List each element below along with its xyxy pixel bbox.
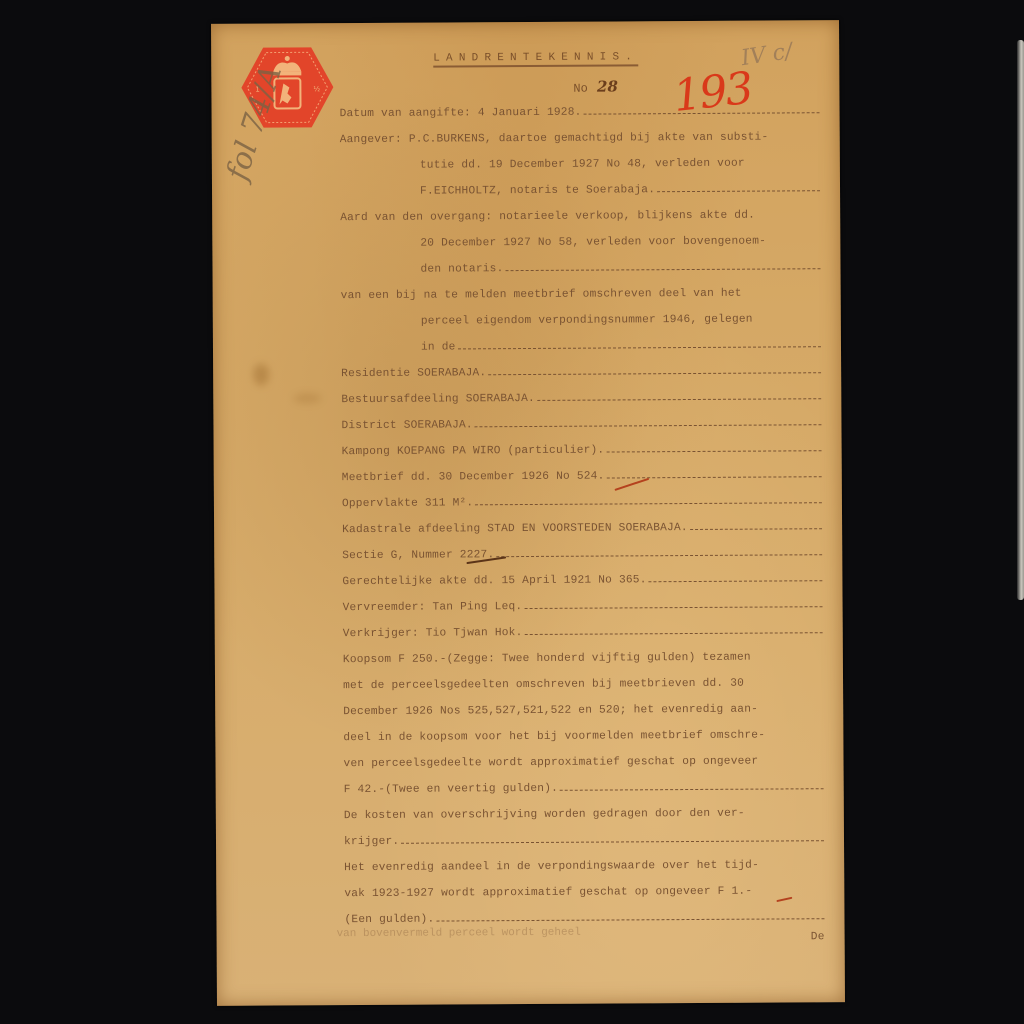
dash-filler <box>560 774 824 802</box>
line-text: District SOERABAJA. <box>341 412 473 439</box>
line-text: Residentie SOERABAJA. <box>341 360 486 387</box>
line-text: Het evenredig aandeel in de verpondingsw… <box>344 853 759 882</box>
line-text: Sectie G, Nummer 2227. <box>342 542 494 569</box>
document-line: van een bij na te melden meetbrief omsch… <box>341 280 821 309</box>
line-text: Aangever: P.C.BURKENS, daartoe gemachtig… <box>340 125 769 154</box>
document-line: Meetbrief dd. 30 December 1926 No 524. <box>342 462 822 491</box>
document-line: den notaris. <box>340 254 820 283</box>
line-text: Oppervlakte 311 M². <box>342 490 474 517</box>
line-text: Koopsom F 250.-(Zegge: Twee honderd vijf… <box>343 645 751 673</box>
document-page: 1 ½ LANDRENTEKENNIS. No 28 193 IV c/ fol… <box>211 20 845 1006</box>
line-text: van een bij na te melden meetbrief omsch… <box>341 281 742 309</box>
document-body: Datum van aangifte: 4 Januari 1928.Aange… <box>339 98 824 933</box>
document-line: Gerechtelijke akte dd. 15 April 1921 No … <box>342 566 822 595</box>
dash-filler <box>488 358 821 386</box>
document-line: Residentie SOERABAJA. <box>341 358 821 387</box>
svg-text:½: ½ <box>313 85 320 93</box>
document-line: Aard van den overgang: notarieele verkoo… <box>340 202 820 231</box>
number-label: No <box>573 82 587 96</box>
document-line: 20 December 1927 No 58, verleden voor bo… <box>340 228 820 257</box>
document-line: F.EICHHOLTZ, notaris te Soerabaja. <box>340 176 820 205</box>
dash-filler <box>524 592 822 620</box>
line-text: den notaris. <box>420 256 503 283</box>
document-title: LANDRENTEKENNIS. <box>433 51 638 67</box>
catchword: De <box>811 924 825 950</box>
dash-filler <box>505 254 820 282</box>
dash-filler <box>690 514 822 541</box>
document-line: De kosten van overschrijving worden gedr… <box>344 800 824 829</box>
line-text: krijger. <box>344 829 399 855</box>
document-line: vak 1923-1927 wordt approximatief gescha… <box>344 878 824 907</box>
document-line: krijger. <box>344 826 824 855</box>
document-line: in de <box>341 332 821 361</box>
line-text: ven perceelsgedeelte wordt approximatief… <box>343 749 758 778</box>
line-text: Bestuursafdeeling SOERABAJA. <box>341 386 535 413</box>
line-text: tutie dd. 19 December 1927 No 48, verled… <box>420 151 745 179</box>
document-line: Aangever: P.C.BURKENS, daartoe gemachtig… <box>340 124 820 153</box>
document-line: Het evenredig aandeel in de verpondingsw… <box>344 852 824 881</box>
line-text: Aard van den overgang: notarieele verkoo… <box>340 203 755 232</box>
line-text: perceel eigendom verpondingsnummer 1946,… <box>421 307 753 335</box>
show-through-text: van bovenvermeld perceel wordt geheel <box>337 927 581 940</box>
dash-filler <box>524 618 822 646</box>
document-line: Sectie G, Nummer 2227. <box>342 540 822 569</box>
document-line: tutie dd. 19 December 1927 No 48, verled… <box>340 150 820 179</box>
document-line: Datum van aangifte: 4 Januari 1928. <box>339 98 819 127</box>
line-text: Datum van aangifte: 4 Januari 1928. <box>339 100 581 127</box>
dash-filler <box>475 410 822 438</box>
line-text: deel in de koopsom voor het bij voormeld… <box>343 723 765 752</box>
document-line: perceel eigendom verpondingsnummer 1946,… <box>341 306 821 335</box>
dash-filler <box>657 176 820 203</box>
dash-filler <box>583 98 819 125</box>
document-number: No 28 <box>573 77 618 95</box>
dash-filler <box>457 332 821 360</box>
document-line: District SOERABAJA. <box>341 410 821 439</box>
paper-stain <box>253 364 269 386</box>
line-text: F.EICHHOLTZ, notaris te Soerabaja. <box>420 177 655 204</box>
dash-filler <box>496 540 822 568</box>
document-line: Bestuursafdeeling SOERABAJA. <box>341 384 821 413</box>
number-handwritten: 28 <box>597 77 618 95</box>
adjacent-page-edge <box>1017 40 1024 600</box>
document-line: December 1926 Nos 525,527,521,522 en 520… <box>343 696 823 725</box>
line-text: Kadastrale afdeeling STAD EN VOORSTEDEN … <box>342 515 688 543</box>
line-text: Kampong KOEPANG PA WIRO (particulier). <box>342 438 605 466</box>
document-line: F 42.-(Twee en veertig gulden). <box>344 774 824 803</box>
line-text: 20 December 1927 No 58, verleden voor bo… <box>420 229 766 257</box>
document-line: Koopsom F 250.-(Zegge: Twee honderd vijf… <box>343 644 823 673</box>
paper-stain <box>293 393 321 403</box>
line-text: Vervreemder: Tan Ping Leq. <box>342 594 522 621</box>
document-line: ven perceelsgedeelte wordt approximatief… <box>343 748 823 777</box>
document-line: Kampong KOEPANG PA WIRO (particulier). <box>342 436 822 465</box>
line-text: in de <box>421 334 456 360</box>
dash-filler <box>475 488 822 516</box>
line-text: December 1926 Nos 525,527,521,522 en 520… <box>343 697 758 726</box>
document-line: Oppervlakte 311 M². <box>342 488 822 517</box>
dash-filler <box>649 566 823 593</box>
document-line: met de perceelsgedeelten omschreven bij … <box>343 670 823 699</box>
dash-filler <box>537 384 822 412</box>
line-text: De kosten van overschrijving worden gedr… <box>344 801 745 829</box>
dash-filler <box>606 462 821 489</box>
document-line: Vervreemder: Tan Ping Leq. <box>342 592 822 621</box>
line-text: Verkrijger: Tio Tjwan Hok. <box>343 620 523 647</box>
line-text: Meetbrief dd. 30 December 1926 No 524. <box>342 464 605 492</box>
line-text: vak 1923-1927 wordt approximatief gescha… <box>344 879 752 907</box>
pencil-annotation-top: IV c/ <box>740 39 794 71</box>
document-line: Kadastrale afdeeling STAD EN VOORSTEDEN … <box>342 514 822 543</box>
document-line: Verkrijger: Tio Tjwan Hok. <box>343 618 823 647</box>
line-text: Gerechtelijke akte dd. 15 April 1921 No … <box>342 567 646 595</box>
document-line: deel in de koopsom voor het bij voormeld… <box>343 722 823 751</box>
line-text: F 42.-(Twee en veertig gulden). <box>344 776 558 803</box>
dash-filler <box>606 436 821 463</box>
line-text: met de perceelsgedeelten omschreven bij … <box>343 671 744 699</box>
dash-filler <box>401 826 824 855</box>
